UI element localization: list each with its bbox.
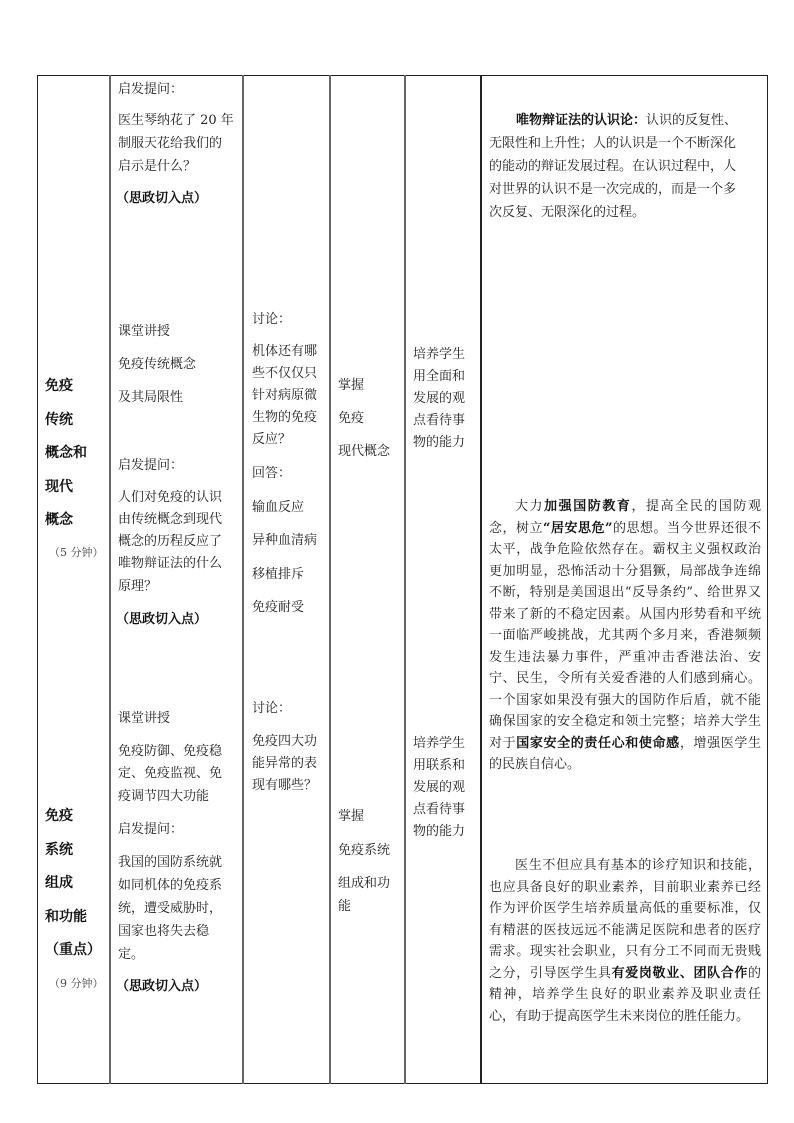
topic-line: 组成 bbox=[45, 873, 73, 893]
goal-line: 掌握 bbox=[338, 806, 364, 827]
highlight-responsibility: 国家安全的责任心和使命感 bbox=[516, 736, 680, 751]
discussion-line: 些不仅仅只 bbox=[252, 363, 317, 384]
ideology-text-line: 的能动的辩证发展过程。在认识过程中，人 bbox=[489, 156, 736, 177]
discussion-line: 现有哪些？ bbox=[252, 775, 317, 796]
lecture-line: 及其局限性 bbox=[118, 387, 183, 408]
ability-line: 点看待事 bbox=[413, 410, 465, 431]
ideology-text-line: 对世界的认识不是一次完成的，而是一个多 bbox=[489, 179, 736, 200]
duration-label: （9 分钟） bbox=[49, 973, 104, 994]
lecture-line: 免疫防御、免疫稳 bbox=[118, 741, 222, 762]
topic-line: 免疫 bbox=[45, 806, 73, 826]
ability-line: 用联系和 bbox=[413, 755, 465, 776]
highlight-vigilance: “居安思危” bbox=[543, 521, 612, 536]
column-divider bbox=[329, 75, 331, 1084]
discussion-line: 生物的免疫 bbox=[252, 407, 317, 428]
ideology-text-line: 无限性和上升性；人的认识是一个不断深化 bbox=[489, 133, 736, 154]
topic-line: 和功能 bbox=[45, 907, 87, 927]
lecture-line: 免疫传统概念 bbox=[118, 354, 196, 375]
duration-label: （5 分钟） bbox=[49, 542, 104, 563]
discussion-line: 反应？ bbox=[252, 429, 291, 450]
question-line: 人们对免疫的认识 bbox=[118, 487, 222, 508]
professionalism-paragraph: 医生不但应具有基本的诊疗知识和技能，也应具备良好的职业素养，目前职业素养已经作为… bbox=[489, 855, 761, 1027]
ideology-text-line: 唯物辩证法的认识论：认识的反复性、 bbox=[516, 110, 737, 131]
lecture-label: 课堂讲授 bbox=[118, 321, 170, 342]
ideology-entry-tag: （思政切入点） bbox=[116, 976, 207, 997]
question-line: 唯物辩证法的什么 bbox=[118, 553, 222, 574]
ability-line: 培养学生 bbox=[413, 733, 465, 754]
highlight-dedication-teamwork: 有爱岗敬业、团队合作 bbox=[612, 966, 748, 981]
lecture-label: 课堂讲授 bbox=[118, 708, 170, 729]
prompt-label: 启发提问： bbox=[118, 819, 183, 840]
lecture-line: 定、免疫监视、免 bbox=[118, 763, 222, 784]
answer-item: 输血反应 bbox=[252, 497, 304, 518]
national-defense-paragraph: 大力加强国防教育，提高全民的国防观念，树立“居安思危”的思想。当今世界还很不太平… bbox=[489, 496, 761, 776]
goal-line: 组成和功 bbox=[338, 873, 390, 894]
column-divider bbox=[242, 75, 244, 1084]
topic-line: 免疫 bbox=[45, 376, 73, 396]
ability-line: 物的能力 bbox=[413, 821, 465, 842]
ability-line: 发展的观 bbox=[413, 388, 465, 409]
column-divider bbox=[404, 75, 406, 1084]
ability-line: 用全面和 bbox=[413, 366, 465, 387]
discussion-line: 能异常的表 bbox=[252, 753, 317, 774]
answer-label: 回答： bbox=[252, 463, 291, 484]
ability-line: 培养学生 bbox=[413, 344, 465, 365]
discussion-line: 免疫四大功 bbox=[252, 731, 317, 752]
discussion-line: 机体还有哪 bbox=[252, 341, 317, 362]
prompt-label: 启发提问： bbox=[118, 79, 183, 100]
question-line: 统，遭受威胁时， bbox=[118, 898, 222, 919]
discussion-line: 针对病原微 bbox=[252, 385, 317, 406]
ability-line: 发展的观 bbox=[413, 777, 465, 798]
ideology-text-line: 次反复、无限深化的过程。 bbox=[489, 202, 645, 223]
goal-line: 掌握 bbox=[338, 375, 364, 396]
answer-item: 免疫耐受 bbox=[252, 597, 304, 618]
question-line: 制服天花给我们的 bbox=[118, 133, 222, 154]
topic-line: 概念和 bbox=[45, 443, 87, 463]
column-divider bbox=[480, 75, 482, 1084]
question-line: 原理？ bbox=[118, 576, 157, 597]
discussion-label: 讨论： bbox=[252, 309, 291, 330]
topic-line: 系统 bbox=[45, 840, 73, 860]
ideology-entry-tag: （思政切入点） bbox=[116, 188, 207, 209]
question-line: 定。 bbox=[118, 944, 144, 965]
epistemology-heading: 唯物辩证法的认识论： bbox=[516, 113, 646, 128]
discussion-label: 讨论： bbox=[252, 698, 291, 719]
question-line: 医生琴纳花了 20 年 bbox=[118, 110, 234, 131]
ability-line: 点看待事 bbox=[413, 799, 465, 820]
lecture-line: 疫调节四大功能 bbox=[118, 786, 209, 807]
goal-line: 现代概念 bbox=[338, 441, 390, 462]
question-line: 我国的国防系统就 bbox=[118, 852, 222, 873]
prompt-label: 启发提问： bbox=[118, 455, 183, 476]
highlight-defense-education: 加强国防教育 bbox=[544, 499, 631, 514]
ideology-entry-tag: （思政切入点） bbox=[116, 609, 207, 630]
goal-line: 能 bbox=[338, 896, 351, 917]
question-line: 如同机体的免疫系 bbox=[118, 875, 222, 896]
goal-line: 免疫系统 bbox=[338, 840, 390, 861]
question-line: 国家也将失去稳 bbox=[118, 921, 209, 942]
answer-item: 异种血清病 bbox=[252, 530, 317, 551]
column-divider bbox=[109, 75, 111, 1084]
topic-line: 现代 bbox=[45, 477, 73, 497]
question-line: 启示是什么？ bbox=[118, 156, 196, 177]
topic-line: 概念 bbox=[45, 510, 73, 530]
answer-item: 移植排斥 bbox=[252, 564, 304, 585]
goal-line: 免疫 bbox=[338, 408, 364, 429]
ability-line: 物的能力 bbox=[413, 432, 465, 453]
question-line: 由传统概念到现代 bbox=[118, 509, 222, 530]
question-line: 概念的历程反应了 bbox=[118, 531, 222, 552]
key-point-tag: （重点） bbox=[45, 940, 101, 960]
topic-line: 传统 bbox=[45, 410, 73, 430]
